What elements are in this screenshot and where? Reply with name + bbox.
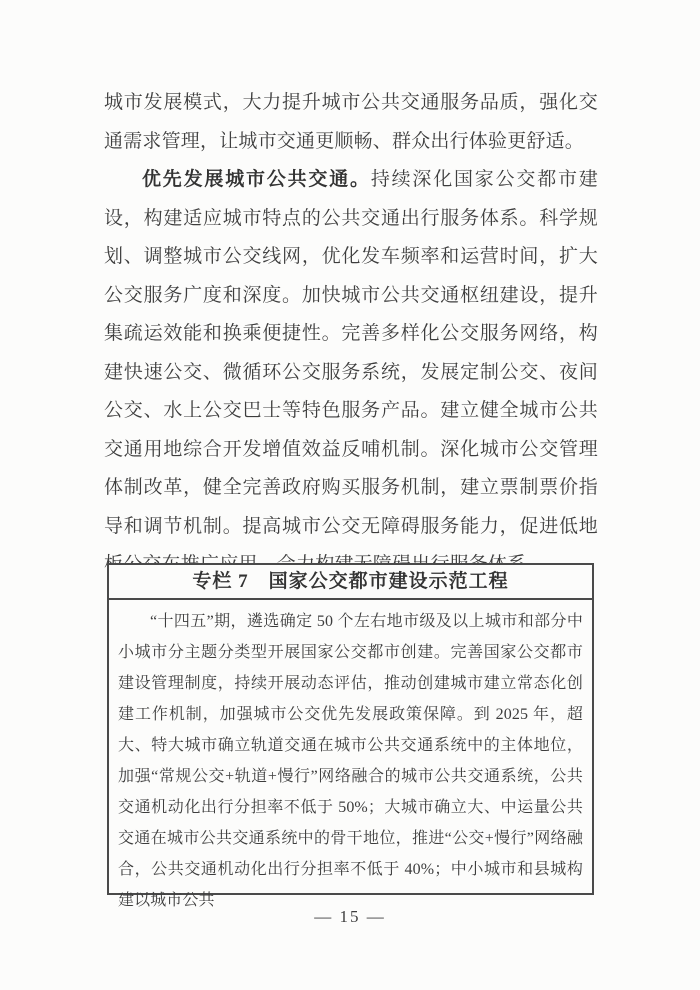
callout-box-column-7: 专栏 7 国家公交都市建设示范工程 “十四五”期，遴选确定 50 个左右地市级及… xyxy=(107,563,594,895)
page-footer: — 15 — xyxy=(0,905,700,929)
callout-box-title: 专栏 7 国家公交都市建设示范工程 xyxy=(109,565,592,600)
document-page: 城市发展模式，大力提升城市公共交通服务品质，强化交通需求管理，让城市交通更顺畅、… xyxy=(0,0,700,990)
body-text-block: 城市发展模式，大力提升城市公共交通服务品质，强化交通需求管理，让城市交通更顺畅、… xyxy=(104,84,598,585)
page-number: — 15 — xyxy=(314,907,386,926)
paragraph-continuation: 城市发展模式，大力提升城市公共交通服务品质，强化交通需求管理，让城市交通更顺畅、… xyxy=(104,84,598,161)
paragraph-priority-public-transit: 优先发展城市公共交通。持续深化国家公交都市建设，构建适应城市特点的公共交通出行服… xyxy=(104,161,598,585)
paragraph-body-text: 持续深化国家公交都市建设，构建适应城市特点的公共交通出行服务体系。科学规划、调整… xyxy=(104,169,598,575)
paragraph-lead-bold: 优先发展城市公共交通。 xyxy=(142,169,371,190)
callout-box-body: “十四五”期，遴选确定 50 个左右地市级及以上城市和部分中小城市分主题分类型开… xyxy=(109,600,592,916)
